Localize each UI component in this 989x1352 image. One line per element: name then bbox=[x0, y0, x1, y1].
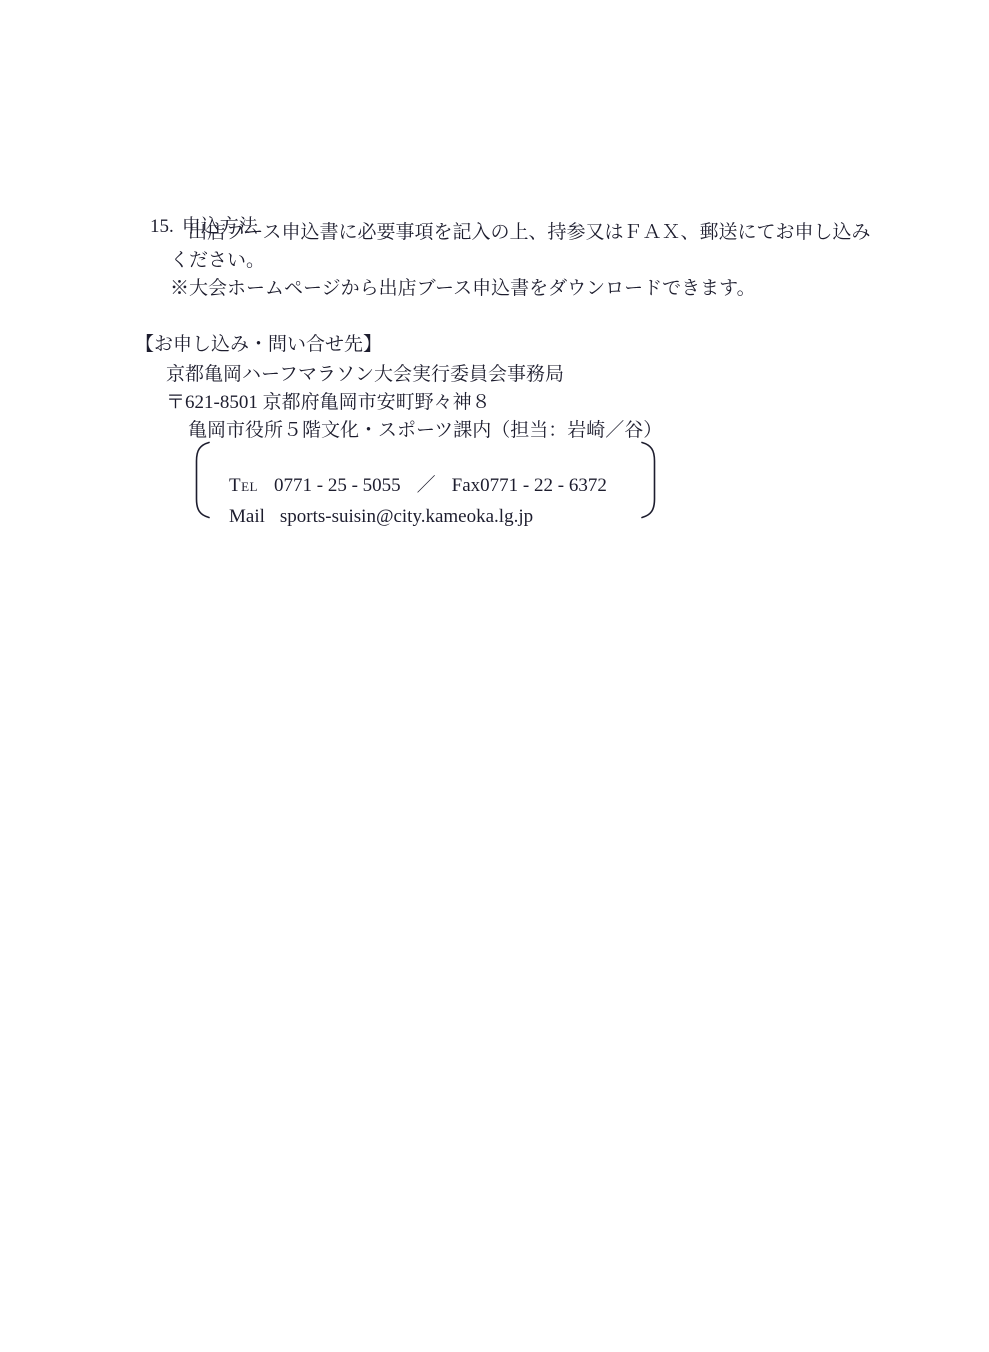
contact-organization: 京都亀岡ハーフマラソン大会実行委員会事務局 bbox=[166, 363, 564, 387]
section-note: ※大会ホームページから出店ブース申込書をダウンロードできます。 bbox=[170, 277, 756, 301]
mail-address: sports-suisin@city.kameoka.lg.jp bbox=[280, 506, 533, 527]
left-bracket bbox=[193, 441, 210, 519]
section-number: 15. bbox=[150, 216, 174, 237]
mail-label: Mail bbox=[229, 506, 265, 527]
mail-line: Mailsports-suisin@city.kameoka.lg.jp bbox=[210, 481, 533, 553]
contact-postal-address: 〒621-8501 京都府亀岡市安町野々神８ bbox=[166, 391, 491, 415]
right-bracket bbox=[641, 441, 658, 519]
document-page: 15.申込方法 出店ブース申込書に必要事項を記入の上、持参又はＦＡＸ、郵送にてお… bbox=[0, 0, 989, 1352]
contact-heading: 【お申し込み・問い合せ先】 bbox=[135, 333, 382, 357]
contact-office-line: 亀岡市役所５階文化・スポーツ課内（担当：岩崎／谷） bbox=[188, 419, 662, 443]
section-body-line-2: ください。 bbox=[170, 249, 265, 273]
section-body-line-1: 出店ブース申込書に必要事項を記入の上、持参又はＦＡＸ、郵送にてお申し込み bbox=[188, 221, 870, 245]
